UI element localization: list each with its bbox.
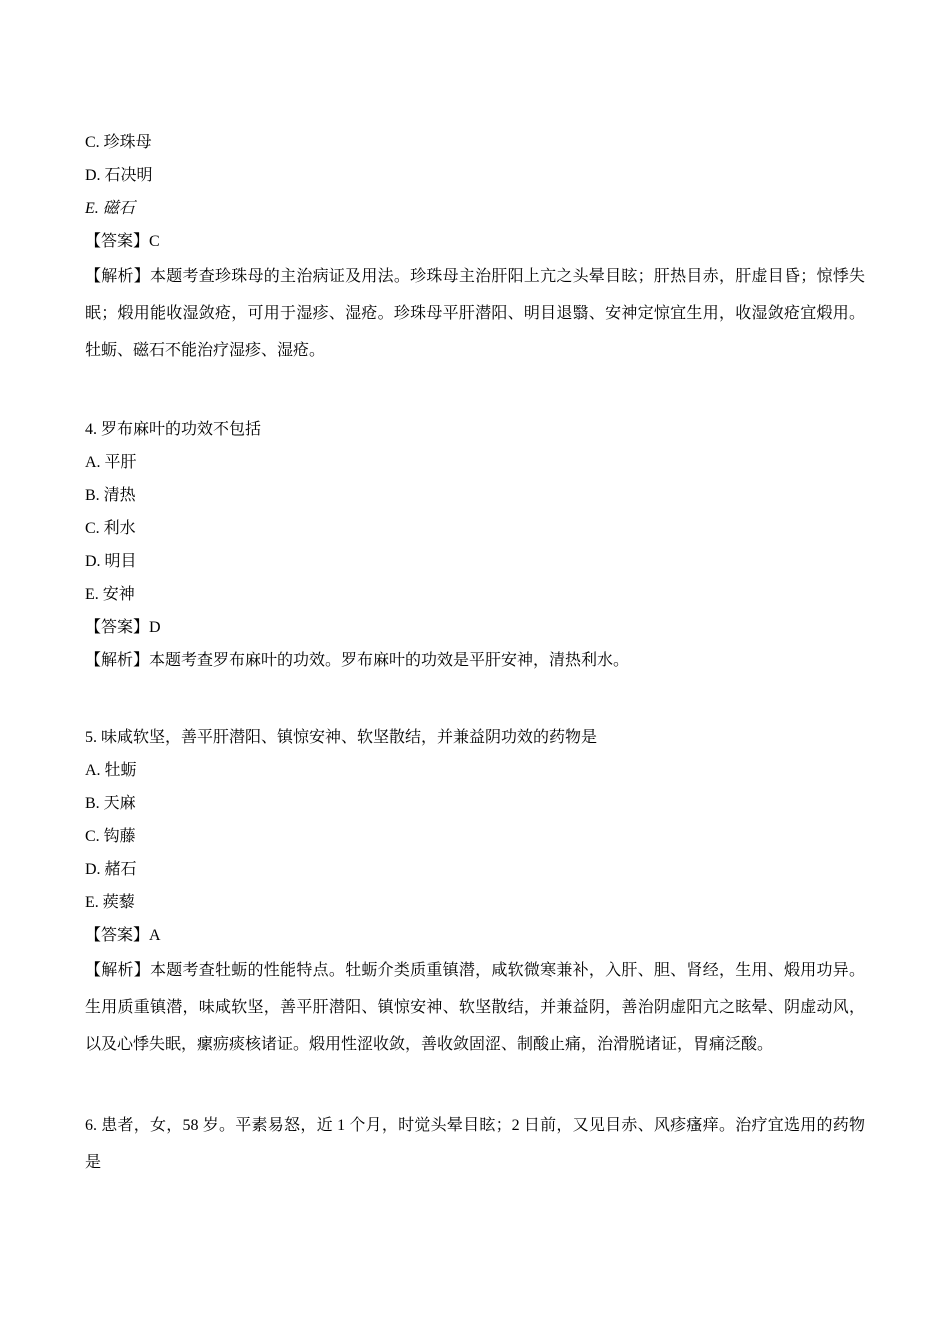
option-c: C. 利水 [85, 512, 865, 545]
question-6-block: 6. 患者，女，58 岁。平素易怒，近 1 个月，时觉头晕目眩；2 日前，又见目… [85, 1107, 865, 1181]
answer-line: 【答案】C [85, 225, 865, 258]
question-stem: 5. 味咸软坚，善平肝潜阳、镇惊安神、软坚散结，并兼益阴功效的药物是 [85, 721, 865, 754]
option-b: B. 清热 [85, 479, 865, 512]
explanation-paragraph: 【解析】本题考查罗布麻叶的功效。罗布麻叶的功效是平肝安神，清热利水。 [85, 644, 865, 677]
option-d: D. 石决明 [85, 159, 865, 192]
option-e: E. 蒺藜 [85, 886, 865, 919]
document-page: C. 珍珠母 D. 石决明 E. 磁石 【答案】C 【解析】本题考查珍珠母的主治… [0, 0, 950, 1344]
explanation-paragraph: 【解析】本题考查珍珠母的主治病证及用法。珍珠母主治肝阳上亢之头晕目眩；肝热目赤，… [85, 258, 865, 369]
option-e: E. 安神 [85, 578, 865, 611]
option-e: E. 磁石 [85, 192, 865, 225]
question-stem: 4. 罗布麻叶的功效不包括 [85, 413, 865, 446]
question-5-block: 5. 味咸软坚，善平肝潜阳、镇惊安神、软坚散结，并兼益阴功效的药物是 A. 牡蛎… [85, 721, 865, 1063]
answer-line: 【答案】A [85, 919, 865, 952]
explanation-paragraph: 【解析】本题考查牡蛎的性能特点。牡蛎介类质重镇潜，咸软微寒兼补，入肝、胆、肾经，… [85, 952, 865, 1063]
option-a: A. 平肝 [85, 446, 865, 479]
option-d: D. 赭石 [85, 853, 865, 886]
option-a: A. 牡蛎 [85, 754, 865, 787]
option-c: C. 珍珠母 [85, 126, 865, 159]
question-3-partial-block: C. 珍珠母 D. 石决明 E. 磁石 【答案】C 【解析】本题考查珍珠母的主治… [85, 126, 865, 369]
option-c: C. 钩藤 [85, 820, 865, 853]
option-d: D. 明目 [85, 545, 865, 578]
option-b: B. 天麻 [85, 787, 865, 820]
question-stem: 6. 患者，女，58 岁。平素易怒，近 1 个月，时觉头晕目眩；2 日前，又见目… [85, 1107, 865, 1181]
question-4-block: 4. 罗布麻叶的功效不包括 A. 平肝 B. 清热 C. 利水 D. 明目 E.… [85, 413, 865, 677]
answer-line: 【答案】D [85, 611, 865, 644]
